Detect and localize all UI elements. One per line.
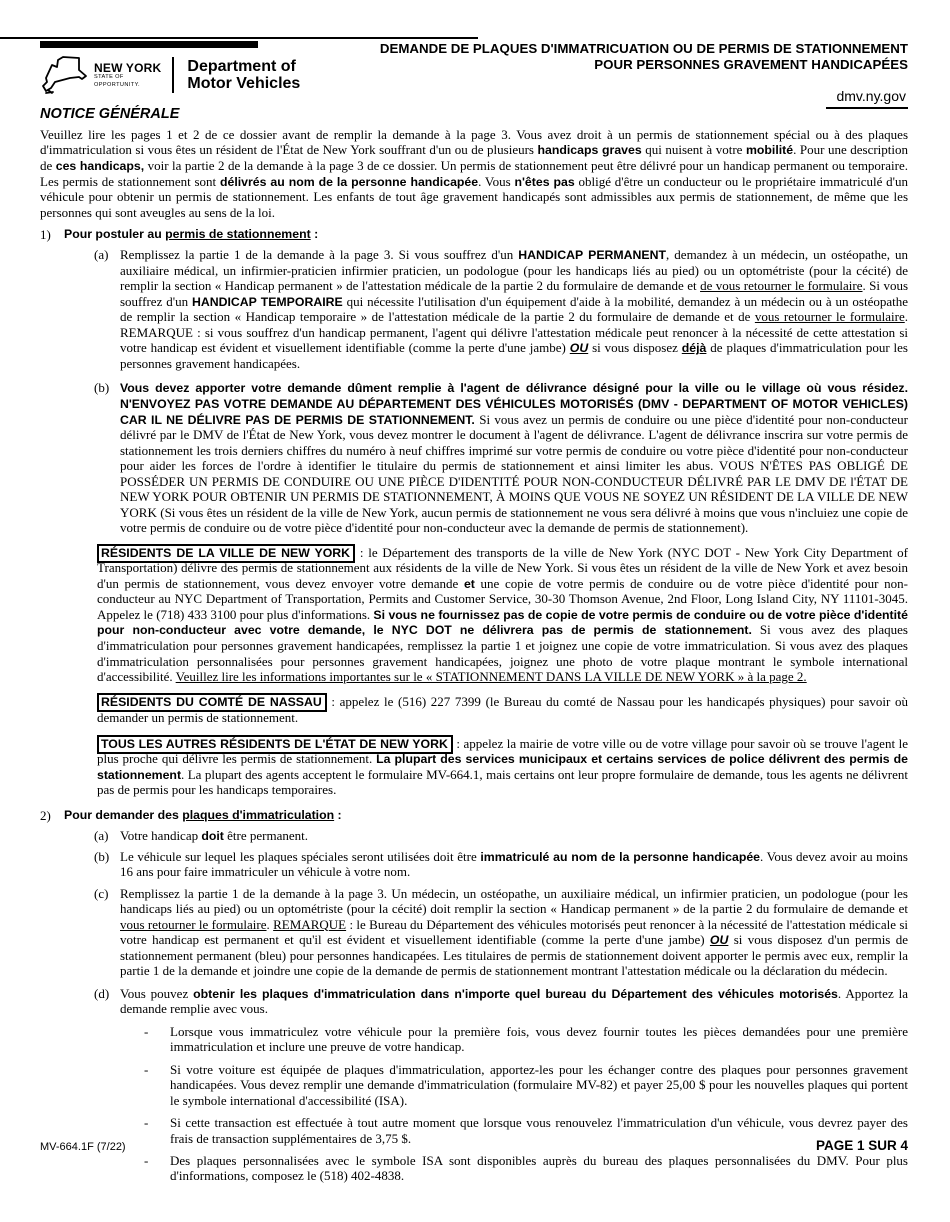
section-2-item-b: (b) Le véhicule sur lequel les plaques s… (94, 849, 908, 880)
item-label: (a) (94, 247, 120, 371)
item-text: Vous pouvez obtenir les plaques d'immatr… (120, 986, 908, 1017)
bullet-transaction-fee: - Si cette transaction est effectuée à t… (144, 1115, 908, 1146)
callout-nyc-residents: RÉSIDENTS DE LA VILLE DE NEW YORK : le D… (97, 545, 908, 685)
section-2-heading: Pour demander des plaques d'immatriculat… (64, 808, 908, 823)
item-label: (b) (94, 380, 120, 535)
logo-wordmark: NEW YORK STATE OF OPPORTUNITY. (94, 62, 161, 88)
dash-marker: - (144, 1062, 170, 1108)
dash-marker: - (144, 1115, 170, 1146)
bullet-exchange-plates: - Si votre voiture est équipée de plaque… (144, 1062, 908, 1108)
section-1: 1) Pour postuler au permis de stationnem… (40, 227, 908, 544)
ny-state-outline-icon (40, 53, 88, 97)
dash-marker: - (144, 1153, 170, 1184)
bullet-text: Des plaques personnalisées avec le symbo… (170, 1153, 908, 1184)
section-2-item-d: (d) Vous pouvez obtenir les plaques d'im… (94, 986, 908, 1017)
item-text: Vous devez apporter votre demande dûment… (120, 380, 908, 535)
section-1-item-b: (b) Vous devez apporter votre demande dû… (94, 380, 908, 535)
section-1-heading: Pour postuler au permis de stationnement… (64, 227, 908, 242)
dmv-website-url: dmv.ny.gov (826, 88, 908, 109)
section-1-number: 1) (40, 227, 64, 544)
dash-marker: - (144, 1024, 170, 1055)
callout-other-residents: TOUS LES AUTRES RÉSIDENTS DE L'ÉTAT DE N… (97, 736, 908, 798)
header-thin-rule (0, 37, 478, 39)
form-title: DEMANDE DE PLAQUES D'IMMATRICUATION OU D… (380, 41, 908, 72)
document-body: Veuillez lire les pages 1 et 2 de ce dos… (40, 127, 908, 1184)
notice-generale-heading: NOTICE GÉNÉRALE (40, 106, 179, 123)
bullet-text: Si cette transaction est effectuée à tou… (170, 1115, 908, 1146)
item-text: Remplissez la partie 1 de la demande à l… (120, 247, 908, 371)
intro-paragraph: Veuillez lire les pages 1 et 2 de ce dos… (40, 127, 908, 220)
logo-divider (172, 57, 174, 93)
bullet-text: Si votre voiture est équipée de plaques … (170, 1062, 908, 1108)
item-text: Remplissez la partie 1 de la demande à l… (120, 886, 908, 979)
logo-department-name: Department of Motor Vehicles (187, 58, 300, 93)
item-label: (a) (94, 828, 120, 844)
form-number: MV-664.1F (7/22) (40, 1141, 126, 1154)
logo-tagline-1: STATE OF (94, 75, 161, 81)
section-2-item-a: (a) Votre handicap doit être permanent. (94, 828, 908, 844)
callout-nassau-residents: RÉSIDENTS DU COMTÉ DE NASSAU : appelez l… (97, 694, 908, 725)
item-text: Le véhicule sur lequel les plaques spéci… (120, 849, 908, 880)
bullet-personalized-plates: - Des plaques personnalisées avec le sym… (144, 1153, 908, 1184)
section-2: 2) Pour demander des plaques d'immatricu… (40, 808, 908, 1184)
nydmv-logo: NEW YORK STATE OF OPPORTUNITY. Departmen… (40, 53, 300, 97)
item-text: Votre handicap doit être permanent. (120, 828, 908, 844)
item-label: (b) (94, 849, 120, 880)
section-1-item-a: (a) Remplissez la partie 1 de la demande… (94, 247, 908, 371)
logo-tagline-2: OPPORTUNITY. (94, 83, 161, 89)
form-title-line2: POUR PERSONNES GRAVEMENT HANDICAPÉES (380, 57, 908, 73)
section-2-item-c: (c) Remplissez la partie 1 de la demande… (94, 886, 908, 979)
bullet-first-registration: - Lorsque vous immatriculez votre véhicu… (144, 1024, 908, 1055)
page-number: PAGE 1 SUR 4 (816, 1138, 908, 1154)
section-2-number: 2) (40, 808, 64, 1184)
bullet-text: Lorsque vous immatriculez votre véhicule… (170, 1024, 908, 1055)
logo-state-name: NEW YORK (94, 62, 161, 74)
form-title-line1: DEMANDE DE PLAQUES D'IMMATRICUATION OU D… (380, 41, 908, 57)
document-page: NEW YORK STATE OF OPPORTUNITY. Departmen… (0, 0, 950, 1222)
item-label: (d) (94, 986, 120, 1017)
header-thick-bar (40, 41, 258, 48)
item-label: (c) (94, 886, 120, 979)
